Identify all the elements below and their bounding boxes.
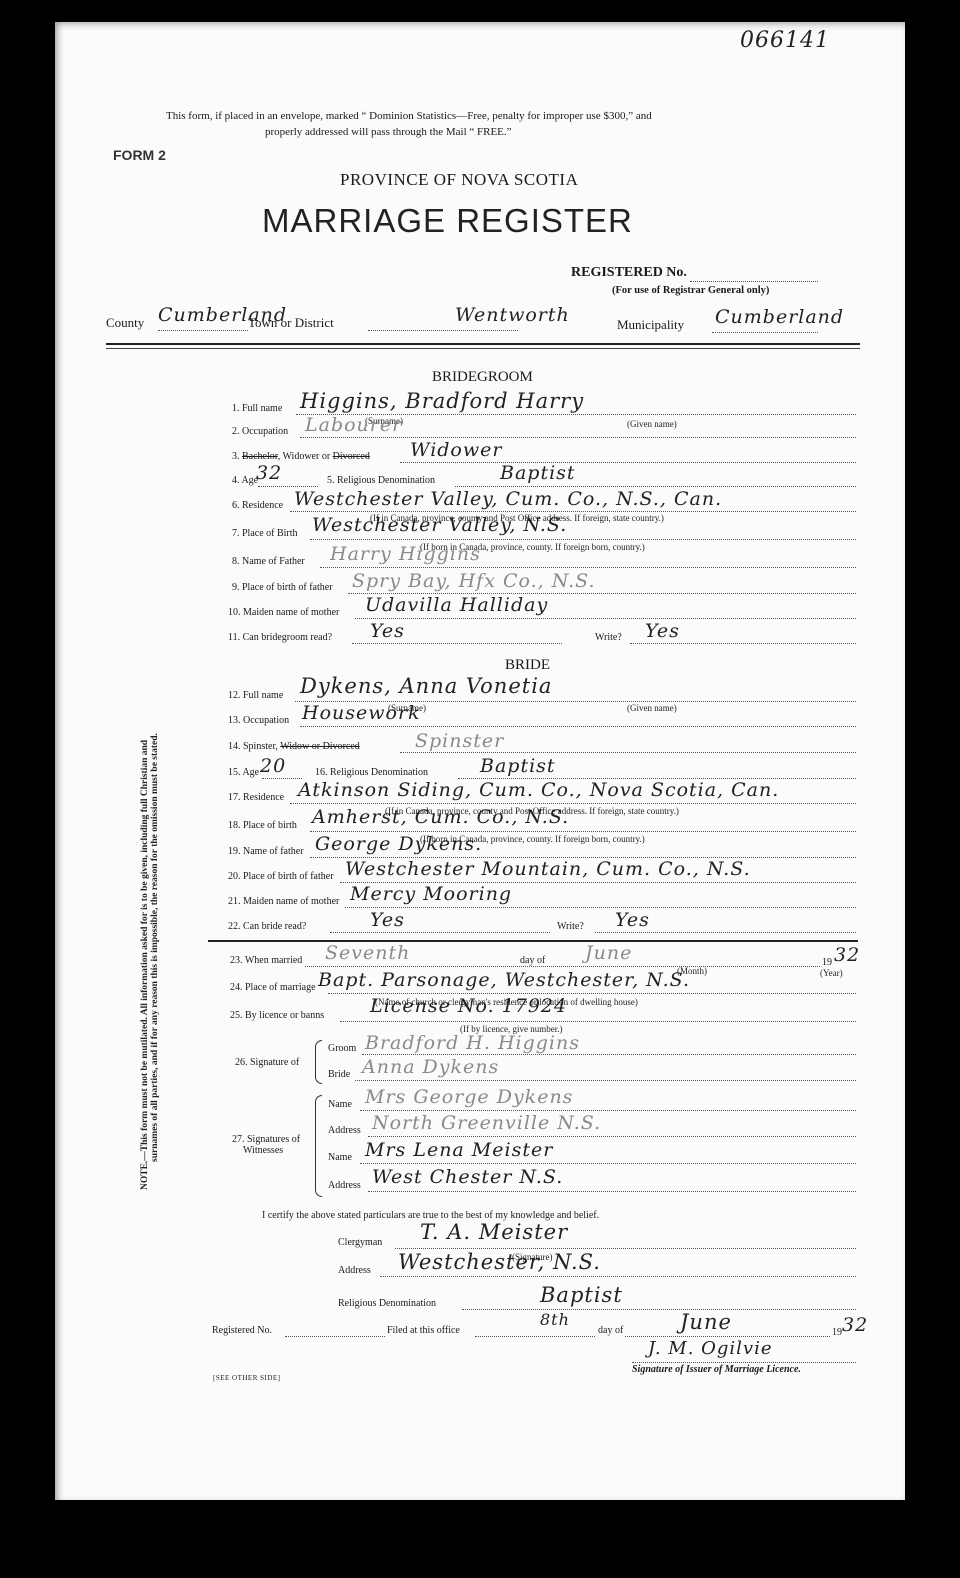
- field-line: [345, 907, 856, 908]
- field-line: [290, 511, 856, 512]
- issuer-signature-line: [632, 1362, 856, 1363]
- field-line: [625, 1336, 830, 1337]
- brace: [315, 1040, 322, 1084]
- field-value: Spry Bay, Hfx Co., N.S.: [352, 570, 596, 592]
- year-value: 32: [834, 944, 860, 966]
- bride-signature: Anna Dykens: [362, 1056, 499, 1078]
- municipality-field: [712, 332, 818, 333]
- side-note-line1: NOTE.—This form must not be mutilated. A…: [140, 540, 150, 1190]
- field-label: 16. Religious Denomination: [315, 767, 428, 778]
- field-label: 22. Can bride read?: [228, 921, 306, 932]
- field-label: 10. Maiden name of mother: [228, 607, 339, 618]
- month-value: June: [585, 942, 632, 964]
- page-title: MARRIAGE REGISTER: [262, 202, 633, 240]
- witness-address: North Greenville N.S.: [372, 1112, 601, 1134]
- field-label: day of: [520, 955, 545, 966]
- registered-no-note: (For use of Registrar General only): [612, 285, 769, 296]
- field-label: Registered No.: [212, 1325, 272, 1336]
- field-line: [595, 932, 856, 933]
- bride-heading: BRIDE: [505, 657, 550, 674]
- header-divider-thin: [106, 348, 860, 349]
- day-value: Seventh: [325, 942, 410, 964]
- town-value: Wentworth: [455, 304, 570, 326]
- bridegroom-heading: BRIDEGROOM: [432, 369, 533, 386]
- field-label: day of: [598, 1325, 623, 1336]
- field-label: 21. Maiden name of mother: [228, 896, 339, 907]
- field-line: [258, 486, 318, 487]
- field-label: 25. By licence or banns: [230, 1010, 324, 1021]
- field-line: [300, 726, 856, 727]
- field-line: [368, 1191, 856, 1192]
- field-line: [630, 643, 856, 644]
- field-label: Bride: [328, 1069, 350, 1080]
- field-label: 20. Place of birth of father: [228, 871, 334, 882]
- field-label: 2. Occupation: [232, 426, 288, 437]
- field-value: Westchester Mountain, Cum. Co., N.S.: [345, 858, 751, 880]
- field-line: [455, 486, 856, 487]
- field-line: [360, 1163, 856, 1164]
- field-line: [380, 1276, 856, 1277]
- filed-day-value: 8th: [540, 1310, 570, 1329]
- year-prefix: 19: [822, 957, 832, 968]
- field-value: Westchester Valley, N.S.: [312, 514, 567, 536]
- town-field: [368, 330, 518, 331]
- field-label: Clergyman: [338, 1237, 382, 1248]
- witness-name: Mrs George Dykens: [365, 1086, 573, 1108]
- field-label: 11. Can bridegroom read?: [228, 632, 332, 643]
- field-label: 4. Age: [232, 475, 258, 486]
- section-divider: [208, 940, 858, 942]
- side-note: NOTE.—This form must not be mutilated. A…: [140, 540, 160, 1190]
- side-note-line2: surnames of all parties, and if for any …: [150, 540, 160, 1190]
- field-value: Harry Higgins: [330, 543, 481, 565]
- field-label: Write?: [557, 921, 584, 932]
- field-line: [355, 618, 856, 619]
- field-value: George Dykens.: [315, 833, 482, 855]
- field-label: Address: [338, 1265, 371, 1276]
- field-label: 19. Name of father: [228, 846, 304, 857]
- witness-name: Mrs Lena Meister: [365, 1139, 553, 1161]
- field-line: [360, 1110, 856, 1111]
- field-hint: (Given name): [627, 419, 677, 429]
- field-line: [400, 752, 856, 753]
- field-value: Labourer: [305, 414, 402, 436]
- field-line: [328, 993, 856, 994]
- field-label: 24. Place of marriage: [230, 982, 316, 993]
- field-line: [362, 1054, 856, 1055]
- field-label: 1. Full name: [232, 403, 282, 414]
- field-value: 20: [260, 755, 286, 777]
- field-label: 6. Residence: [232, 500, 283, 511]
- brace: [315, 1095, 322, 1197]
- field-line: [320, 567, 856, 568]
- postal-notice-line2: properly addressed will pass through the…: [265, 126, 512, 138]
- county-label: County: [106, 315, 144, 331]
- field-value: 32: [256, 462, 282, 484]
- field-label: Name: [328, 1099, 352, 1110]
- field-label: Write?: [595, 632, 622, 643]
- field-value: Dykens, Anna Vonetia: [300, 674, 552, 698]
- field-value: Mercy Mooring: [350, 883, 512, 905]
- field-value: Yes: [370, 620, 405, 642]
- field-line: [305, 966, 820, 967]
- province-heading: PROVINCE OF NOVA SCOTIA: [340, 170, 578, 190]
- field-value: Baptist: [540, 1283, 623, 1307]
- county-field: [158, 330, 248, 331]
- field-label: 12. Full name: [228, 690, 283, 701]
- field-label: 27. Signatures of: [232, 1134, 300, 1145]
- field-value: Widower: [410, 439, 502, 461]
- municipality-label: Municipality: [617, 317, 684, 333]
- field-label: 9. Place of birth of father: [232, 582, 333, 593]
- registered-no-field: [690, 281, 818, 282]
- year-value: 32: [842, 1314, 868, 1336]
- field-value: Yes: [615, 909, 650, 931]
- field-label: 8. Name of Father: [232, 556, 305, 567]
- municipality-value: Cumberland: [715, 306, 844, 328]
- filed-month-value: June: [680, 1310, 732, 1334]
- witness-address: West Chester N.S.: [372, 1166, 563, 1188]
- field-value: Baptist: [480, 755, 556, 777]
- field-label: Groom: [328, 1043, 356, 1054]
- field-value: Westchester, N.S.: [398, 1250, 601, 1274]
- field-label: 26. Signature of: [235, 1057, 299, 1068]
- field-line: [262, 778, 302, 779]
- field-line: [310, 831, 856, 832]
- field-line: [310, 539, 856, 540]
- year-prefix: 19: [832, 1327, 842, 1338]
- document-number: 066141: [740, 28, 830, 53]
- field-label: Address: [328, 1125, 361, 1136]
- form-label: FORM 2: [113, 147, 166, 163]
- field-label: 3. Bachelor, Widower or Divorced: [232, 451, 370, 462]
- field-line: [340, 1021, 856, 1022]
- town-label: Town or District: [248, 315, 334, 331]
- field-value: Higgins, Bradford Harry: [300, 389, 584, 413]
- field-value: Spinster: [415, 730, 504, 752]
- clergyman-signature: T. A. Meister: [420, 1220, 568, 1244]
- field-label: Religious Denomination: [338, 1298, 436, 1309]
- field-value: Udavilla Halliday: [365, 594, 548, 616]
- field-label: Filed at this office: [387, 1325, 460, 1336]
- field-line: [355, 1080, 856, 1081]
- field-line: [368, 1136, 856, 1137]
- field-label: Address: [328, 1180, 361, 1191]
- field-label: 17. Residence: [228, 792, 284, 803]
- registered-no-line: [285, 1336, 385, 1337]
- field-line: [290, 803, 856, 804]
- issuer-label: Signature of Issuer of Marriage Licence.: [632, 1364, 801, 1375]
- header-divider: [106, 343, 860, 345]
- field-hint: (Given name): [627, 703, 677, 713]
- field-line: [462, 1309, 856, 1310]
- field-value: Housework: [302, 702, 421, 724]
- see-other-side: [SEE OTHER SIDE]: [213, 1374, 281, 1382]
- field-label: 23. When married: [230, 955, 302, 966]
- field-value: Yes: [645, 620, 680, 642]
- field-label: 18. Place of birth: [228, 820, 297, 831]
- field-value: Westchester Valley, Cum. Co., N.S., Can.: [294, 488, 722, 510]
- postal-notice-line1: This form, if placed in an envelope, mar…: [166, 110, 652, 122]
- field-line: [300, 437, 856, 438]
- groom-signature: Bradford H. Higgins: [365, 1032, 580, 1054]
- field-label: Name: [328, 1152, 352, 1163]
- field-label: 15. Age: [228, 767, 259, 778]
- field-label: 13. Occupation: [228, 715, 289, 726]
- field-line: [395, 1248, 856, 1249]
- field-line: [400, 462, 856, 463]
- field-value: Bapt. Parsonage, Westchester, N.S.: [318, 969, 690, 991]
- issuer-signature: J. M. Ogilvie: [648, 1338, 773, 1359]
- field-line: [330, 932, 550, 933]
- field-label: 5. Religious Denomination: [327, 475, 435, 486]
- field-label: 14. Spinster, Widow or Divorced: [228, 741, 360, 752]
- field-line: [475, 1336, 595, 1337]
- field-value: License No. 17924: [370, 995, 567, 1017]
- field-line: [352, 643, 562, 644]
- field-label: 7. Place of Birth: [232, 528, 298, 539]
- field-value: Yes: [370, 909, 405, 931]
- field-hint: (Year): [820, 968, 843, 978]
- registered-no-label: REGISTERED No.: [571, 265, 687, 281]
- field-value: Baptist: [500, 462, 576, 484]
- field-label: Witnesses: [243, 1145, 283, 1156]
- field-value: Atkinson Siding, Cum. Co., Nova Scotia, …: [298, 779, 779, 801]
- field-value: Amherst, Cum. Co., N.S.: [312, 806, 569, 828]
